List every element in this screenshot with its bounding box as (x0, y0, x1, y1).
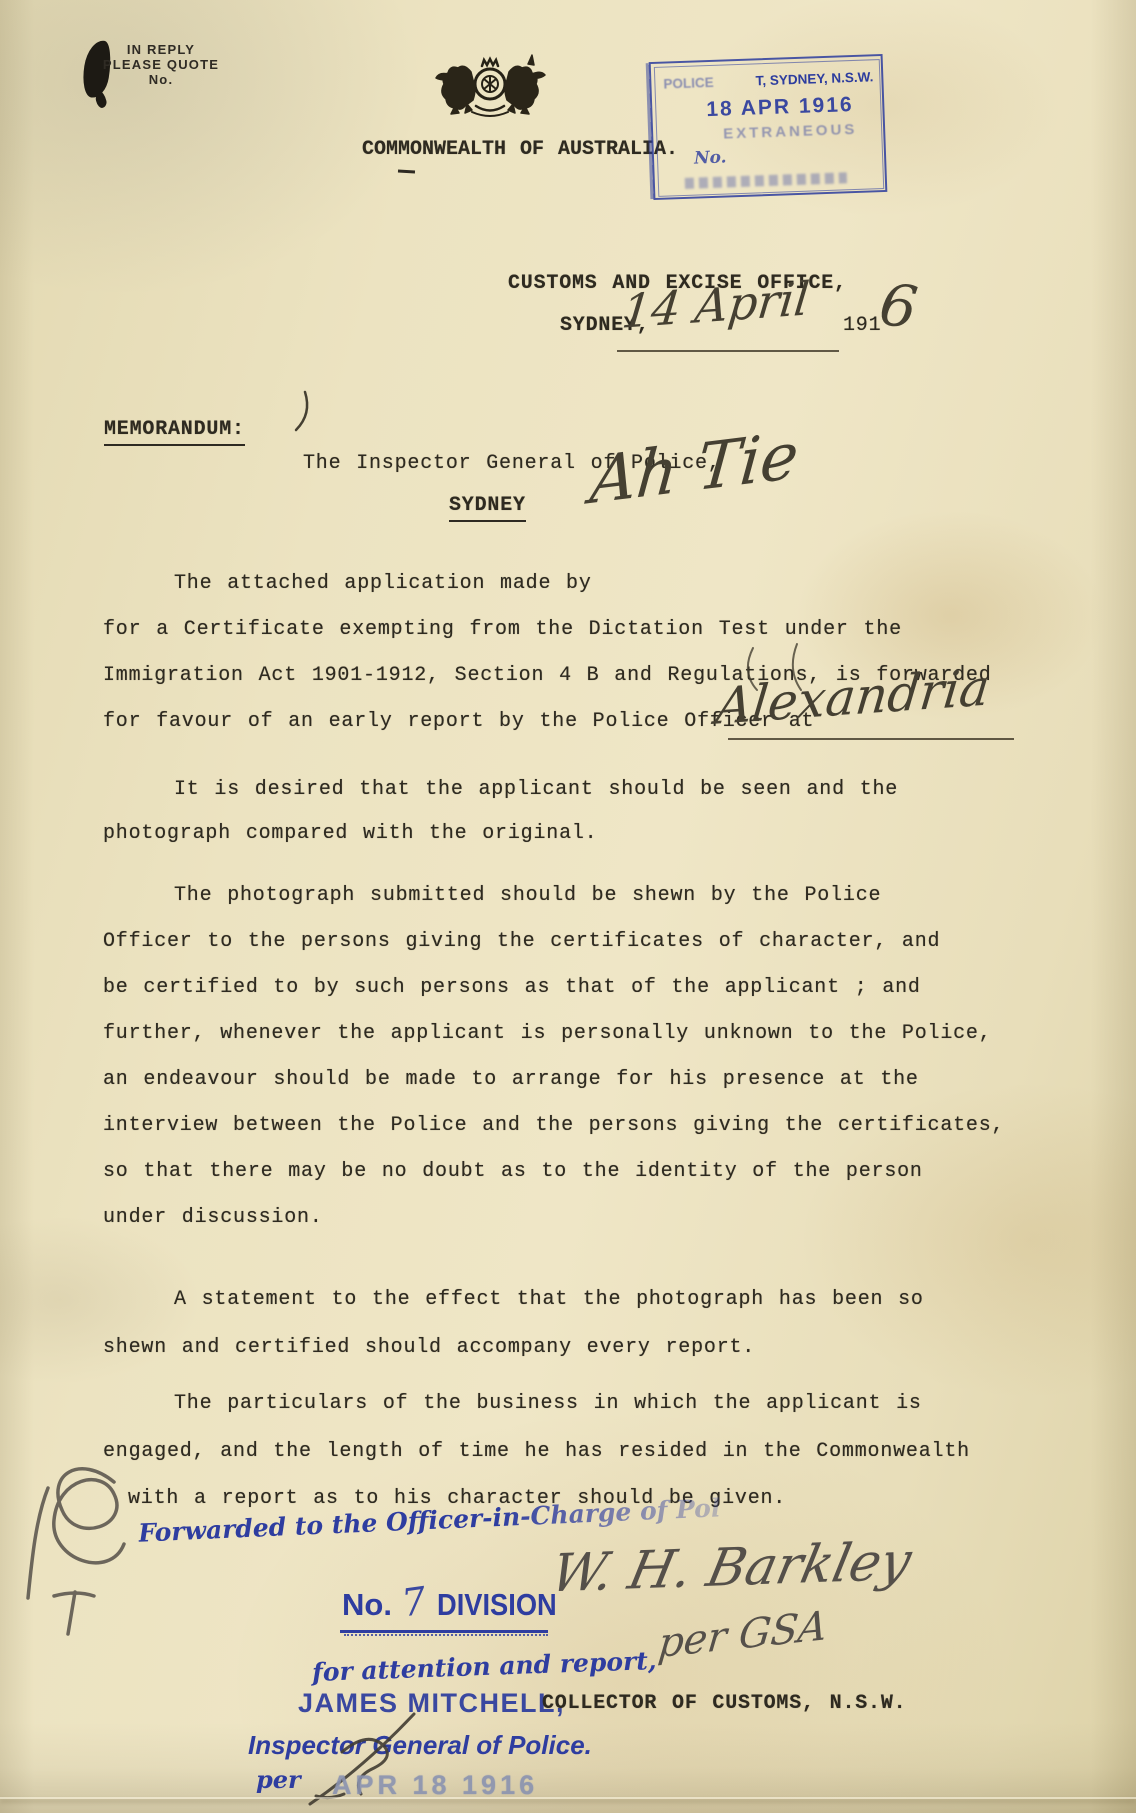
coat-of-arms-icon (424, 50, 556, 124)
handwritten-division-number: 7 (399, 1579, 429, 1626)
handwritten-signature: W. H. Barkley (546, 1532, 917, 1605)
division-word: DIVISION (437, 1587, 557, 1623)
body-line: photograph compared with the original. (103, 822, 597, 845)
reply-note-line3: No. (96, 72, 226, 87)
body-line: Officer to the persons giving the certif… (103, 930, 940, 953)
police-stamp-word: EXTRANEOUS (723, 121, 858, 143)
body-line: for favour of an early report by the Pol… (103, 710, 814, 733)
police-stamp-frame: POLICE T, SYDNEY, N.S.W. 18 APR 1916 EXT… (654, 59, 884, 197)
police-stamp-no-label: No. (694, 147, 727, 168)
body-line: It is desired that the applicant should … (174, 778, 898, 801)
handwritten-per-initials: per GSA (656, 1603, 829, 1667)
reply-note-line1: IN REPLY (96, 42, 226, 57)
police-stamp-office-right: T, SYDNEY, N.S.W. (755, 69, 873, 88)
body-line: further, whenever the applicant is perso… (103, 1022, 992, 1045)
reply-note-line2: PLEASE QUOTE (96, 57, 226, 72)
police-stamp-date: 18 APR 1916 (706, 93, 854, 122)
body-line: an endeavour should be made to arrange f… (103, 1068, 919, 1091)
body-line: The attached application made by (174, 572, 592, 595)
location-rule (728, 738, 1014, 740)
pen-dash (398, 170, 415, 173)
body-line: A statement to the effect that the photo… (174, 1288, 924, 1311)
body-line: shewn and certified should accompany eve… (103, 1336, 755, 1359)
document-page: IN REPLY PLEASE QUOTE No. COMMONWEALTH O… (0, 0, 1136, 1813)
attention-stamp: for attention and report, (312, 1646, 657, 1687)
body-line: be certified to by such persons as that … (103, 976, 921, 999)
collector-title: COLLECTOR OF CUSTOMS, N.S.W. (542, 1692, 906, 1715)
body-line: so that there may be no doubt as to the … (103, 1160, 923, 1183)
received-date-stamp: APR 18 1916 (332, 1770, 538, 1801)
division-no-label: No. (342, 1587, 392, 1622)
addressee-city: SYDNEY (449, 494, 526, 522)
police-stamp-office-left: POLICE (663, 75, 714, 92)
handwritten-applicant-name: Ah Tie (587, 419, 801, 520)
body-line: The particulars of the business in which… (174, 1392, 922, 1415)
police-receipt-stamp: POLICE T, SYDNEY, N.S.W. 18 APR 1916 EXT… (649, 54, 888, 200)
body-line: for a Certificate exempting from the Dic… (103, 618, 902, 641)
body-line: interview between the Police and the per… (103, 1114, 1004, 1137)
handwritten-year-digit: 6 (875, 270, 921, 342)
pen-tick (288, 388, 318, 433)
date-rule (617, 350, 839, 352)
ink-blot-drip (94, 91, 108, 109)
body-line: under discussion. (103, 1206, 323, 1229)
division-stamp: No. 7 DIVISION (342, 1580, 573, 1624)
body-line: engaged, and the length of time he has r… (103, 1440, 970, 1463)
body-line: The photograph submitted should be shewn… (174, 884, 881, 907)
division-underline (340, 1630, 548, 1633)
memorandum-label: MEMORANDUM: (104, 418, 245, 446)
country-title: COMMONWEALTH OF AUSTRALIA. (362, 138, 678, 161)
reply-note: IN REPLY PLEASE QUOTE No. (96, 42, 226, 87)
division-underline-dotted (344, 1634, 548, 1636)
police-stamp-smudge (685, 172, 847, 189)
